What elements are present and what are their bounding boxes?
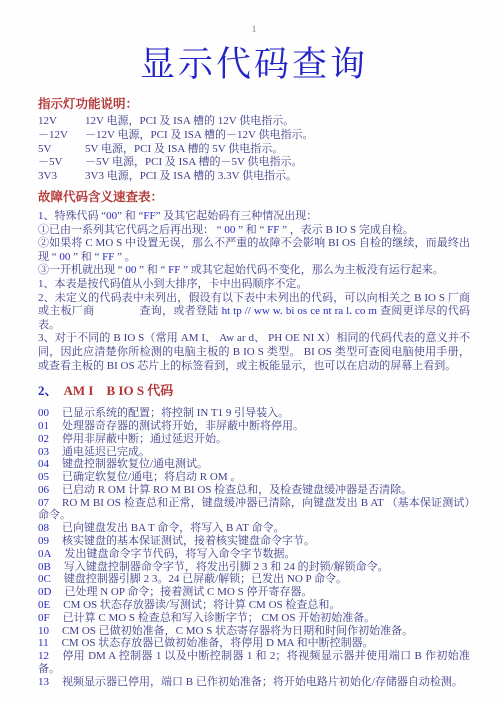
code-row: 09核实键盘的基本保证测试，接着核实键盘命令字节。 [38, 535, 470, 548]
indicator-desc: －5V 电源，PCI 及 ISA 槽的－5V 供电指示。 [85, 156, 470, 170]
code-desc: 已显示系统的配置；将控制 IN T1 9 引导装入。 [62, 407, 289, 419]
fault-section-heading: 故障代码含义速查表： [38, 189, 470, 205]
code-desc: 已确定软复位/通电；将启动 R OM 。 [62, 471, 241, 483]
code-desc: 写入键盘控制器命令字节，将发出引脚 2 3 和 24 的封锁/解锁命令。 [64, 561, 389, 573]
code-value: 0A [38, 548, 51, 560]
code-row: 0C键盘控制器引脚 2 3。24 已屏蔽/解锁；已发出 NO P 命令。 [38, 573, 470, 586]
code-row: 07RO M BI OS 检查总和正常，键盘缓冲器已清除，向键盘发出 B AT … [38, 497, 470, 523]
indicator-label: －5V [38, 156, 85, 170]
indicator-label: 5V [38, 143, 85, 157]
indicator-label: 12V [38, 115, 85, 129]
indicator-row: 5V 5V 电源，PCI 及 ISA 槽的 5V 供电指示。 [38, 143, 470, 157]
indicator-row: 12V 12V 电源，PCI 及 ISA 槽的 12V 供电指示。 [38, 115, 470, 129]
code-value: 0D [38, 586, 51, 598]
code-value: 10 [38, 625, 49, 637]
text-segment: ” 。 [114, 251, 135, 263]
code-row: 08已向键盘发出 BA T 命令，将写入 B AT 命令。 [38, 522, 470, 535]
fault-line-note-2: 2、未定义的代码表中未列出，假设有以下表中未列出的代码，可以向相关之 B IO … [38, 292, 470, 333]
code-row: 10CM OS 已做初始准备，C MO S 状态寄存器将为日期和时间作初始准备。 [38, 625, 470, 638]
code-desc: CM OS 状态存放器已做初始准备，将停用 D MA 和中断控制器。 [62, 637, 374, 649]
code-desc: 停用非屏蔽中断；通过延迟开始。 [62, 433, 227, 445]
code-desc: 已处理 N OP 命令；接着测试 C MO S 停开寄存器。 [64, 586, 312, 598]
code-value: 0C [38, 573, 51, 585]
indicator-row: 3V3 3V3 电源，PCI 及 ISA 槽的 3.3V 供电指示。 [38, 170, 470, 184]
code-value: 08 [38, 522, 49, 534]
text-segment: 1、本表是按代码值从小到大排序，卡中出码顺序不定。 [38, 278, 308, 290]
code-row: 0F已计算 C MO S 检查总和写入诊断字节； CM OS 开始初始准备。 [38, 612, 470, 625]
page-number: 1 [38, 24, 470, 36]
code-value: 05 [38, 471, 49, 483]
code-value: 02 [38, 433, 49, 445]
code-value: 11 [38, 637, 49, 649]
fault-line-note-3: 3、对于不同的 B IO S（常用 AM I、 Aw ar d、 PH OE N… [38, 332, 470, 373]
text-segment: ” ，表示 B IO S 完成自检。 [279, 224, 413, 236]
text-segment: FF [168, 264, 180, 276]
code-row: 13视频显示器已停用，端口 B 已作初始准备；将开始电路片初始化/存储器自动检测… [38, 676, 470, 689]
code-value: 13 [38, 676, 49, 688]
code-row: 03通电延迟已完成。 [38, 446, 470, 459]
text-segment: ht tp // ww w. bi os ce nt ra l. co m [222, 305, 377, 317]
code-row: 12停用 DM A 控制器 1 以及中断控制器 1 和 2；将视频显示器并使用端… [38, 650, 470, 676]
indicator-row: －5V －5V 电源，PCI 及 ISA 槽的－5V 供电指示。 [38, 156, 470, 170]
indicator-desc: －12V 电源，PCI 及 ISA 槽的－12V 供电指示。 [85, 129, 470, 143]
code-row: 0A发出键盘命令字节代码，将写入命令字节数据。 [38, 548, 470, 561]
code-value: 01 [38, 420, 49, 432]
code-row: 00已显示系统的配置；将控制 IN T1 9 引导装入。 [38, 407, 470, 420]
text-segment: 00 [106, 210, 117, 222]
fault-line-case-2: ②如果将 C MO S 中设置无误，那么不严重的故障不会影响 BI OS 自检的… [38, 237, 470, 264]
code-row: 0B写入键盘控制器命令字节，将发出引脚 2 3 和 24 的封锁/解锁命令。 [38, 561, 470, 574]
fault-line-case-1: ①已由一系列其它代码之后再出现： “ 00 ” 和 “ FF ” ，表示 B I… [38, 224, 470, 238]
text-segment: 1、 [38, 210, 55, 222]
text-segment: 00 [125, 264, 136, 276]
code-desc: 已向键盘发出 BA T 命令，将写入 B AT 命令。 [62, 522, 284, 534]
code-desc: CM OS 状态存放器读/写测试；将计算 CM OS 检查总和。 [63, 599, 340, 611]
code-desc: 键盘控制器软复位/通电测试。 [62, 458, 208, 470]
text-segment: FF [143, 210, 155, 222]
code-desc: 视频显示器已停用，端口 B 已作初始准备；将开始电路片初始化/存储器自动检测。 [62, 676, 463, 688]
code-row: 11CM OS 状态存放器已做初始准备，将停用 D MA 和中断控制器。 [38, 637, 470, 650]
code-row: 04键盘控制器软复位/通电测试。 [38, 458, 470, 471]
text-segment: 特殊代码 “ [55, 210, 107, 222]
code-value: 0E [38, 599, 50, 611]
code-value: 00 [38, 407, 49, 419]
code-row: 05已确定软复位/通电；将启动 R OM 。 [38, 471, 470, 484]
page-title: 显示代码查询 [38, 44, 470, 86]
text-segment: ” 及其它起始码有三种情况出现： [156, 210, 318, 222]
code-desc: 已启动 R OM 计算 RO M BI OS 检查总和，及检查键盘缓冲器是否清除… [62, 484, 412, 496]
text-segment: 00 [59, 251, 70, 263]
code-desc: RO M BI OS 检查总和正常，键盘缓冲器已清除，向键盘发出 B AT （基… [38, 497, 470, 522]
indicator-label: －12V [38, 129, 85, 143]
code-value: 06 [38, 484, 49, 496]
indicator-desc: 5V 电源，PCI 及 ISA 槽的 5V 供电指示。 [85, 143, 470, 157]
code-row: 02停用非屏蔽中断；通过延迟开始。 [38, 433, 470, 446]
text-segment: ” 或其它起始代码不变化，那么为主板没有运行起来。 [180, 264, 443, 276]
document-page: 1 显示代码查询 指示灯功能说明： 12V 12V 电源，PCI 及 ISA 槽… [0, 0, 500, 707]
text-segment: ” 和 “ [235, 224, 267, 236]
ami-section-title: AM I B IO S 代码 [64, 383, 174, 398]
text-segment: FF [102, 251, 114, 263]
code-value: 12 [38, 650, 49, 662]
code-value: 03 [38, 446, 49, 458]
ami-section-number: 2、 [38, 383, 58, 398]
code-row: 0ECM OS 状态存放器读/写测试；将计算 CM OS 检查总和。 [38, 599, 470, 612]
text-segment: ” 和 “ [70, 251, 102, 263]
text-segment: ①已由一系列其它代码之后再出现： “ [38, 224, 224, 236]
code-value: 04 [38, 458, 49, 470]
code-desc: 键盘控制器引脚 2 3。24 已屏蔽/解锁；已发出 NO P 命令。 [64, 573, 347, 585]
code-row: 06已启动 R OM 计算 RO M BI OS 检查总和，及检查键盘缓冲器是否… [38, 484, 470, 497]
code-value: 09 [38, 535, 49, 547]
text-segment: ③一开机就出现 “ [38, 264, 125, 276]
indicator-table: 12V 12V 电源，PCI 及 ISA 槽的 12V 供电指示。 －12V －… [38, 115, 470, 184]
ami-section-heading: 2、AM I B IO S 代码 [38, 383, 470, 399]
fault-line-special-codes-title: 1、特殊代码 “00” 和 “FF” 及其它起始码有三种情况出现： [38, 210, 470, 224]
indicator-label: 3V3 [38, 170, 85, 184]
code-desc: 核实键盘的基本保证测试，接着核实键盘命令字节。 [62, 535, 315, 547]
code-desc: 处理器奇存器的测试将开始，非屏蔽中断将停用。 [62, 420, 304, 432]
ami-code-list: 00已显示系统的配置；将控制 IN T1 9 引导装入。 01处理器奇存器的测试… [38, 407, 470, 689]
text-segment: ” 和 “ [136, 264, 168, 276]
text-segment: FF [267, 224, 279, 236]
code-row: 0D已处理 N OP 命令；接着测试 C MO S 停开寄存器。 [38, 586, 470, 599]
code-desc: 通电延迟已完成。 [62, 446, 150, 458]
indicator-section-heading: 指示灯功能说明： [38, 96, 470, 112]
code-value: 0F [38, 612, 50, 624]
code-desc: 发出键盘命令字节代码，将写入命令字节数据。 [64, 548, 295, 560]
fault-line-note-1: 1、本表是按代码值从小到大排序，卡中出码顺序不定。 [38, 278, 470, 292]
text-segment: 00 [224, 224, 235, 236]
code-value: 0B [38, 561, 51, 573]
text-segment: 3、对于不同的 B IO S（常用 AM I、 Aw ar d、 PH OE N… [38, 332, 470, 371]
code-desc: 停用 DM A 控制器 1 以及中断控制器 1 和 2；将视频显示器并使用端口 … [38, 650, 470, 675]
code-row: 01处理器奇存器的测试将开始，非屏蔽中断将停用。 [38, 420, 470, 433]
code-value: 07 [38, 497, 49, 509]
code-desc: CM OS 已做初始准备，C MO S 状态寄存器将为日期和时间作初始准备。 [62, 625, 413, 637]
text-segment: ” 和 “ [117, 210, 143, 222]
indicator-desc: 12V 电源，PCI 及 ISA 槽的 12V 供电指示。 [85, 115, 470, 129]
code-desc: 已计算 C MO S 检查总和写入诊断字节； CM OS 开始初始准备。 [63, 612, 376, 624]
indicator-desc: 3V3 电源，PCI 及 ISA 槽的 3.3V 供电指示。 [85, 170, 470, 184]
indicator-row: －12V －12V 电源，PCI 及 ISA 槽的－12V 供电指示。 [38, 129, 470, 143]
fault-line-case-3: ③一开机就出现 “ 00 ” 和 “ FF ” 或其它起始代码不变化，那么为主板… [38, 264, 470, 278]
